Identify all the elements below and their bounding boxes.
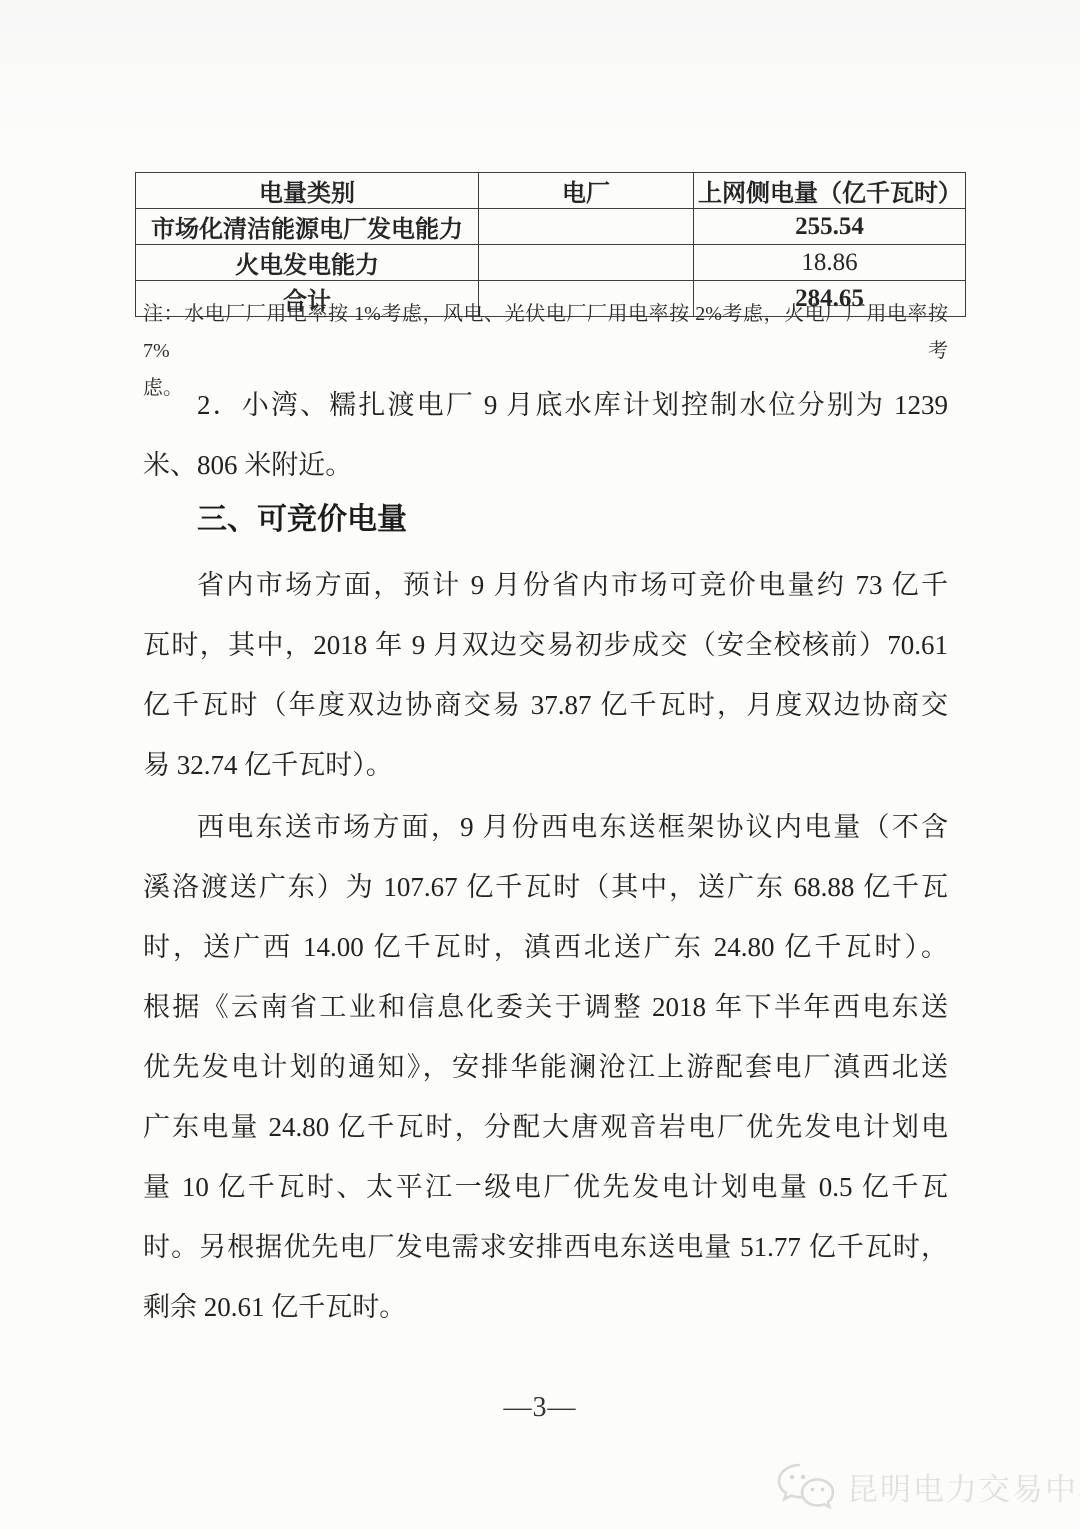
table-header-category: 电量类别 <box>136 173 479 209</box>
text-line: 省内市场方面，预计 9 月份省内市场可竞价电量约 73 亿千 <box>143 555 948 615</box>
text-line: 时，送广西 14.00 亿千瓦时，滇西北送广东 24.80 亿千瓦时）。 <box>143 917 948 977</box>
table-row-clean-energy: 市场化清洁能源电厂发电能力 255.54 <box>136 209 966 245</box>
table-header-plant: 电厂 <box>479 173 694 209</box>
paragraph-water-level: 2．小湾、糯扎渡电厂 9 月底水库计划控制水位分别为 1239 米、806 米附… <box>143 375 948 495</box>
table-header-grid-energy: 上网侧电量（亿千瓦时） <box>694 173 966 209</box>
scan-noise <box>0 0 1080 160</box>
text-line: 优先发电计划的通知》，安排华能澜沧江上游配套电厂滇西北送 <box>143 1037 948 1097</box>
text-line: 溪洛渡送广东）为 107.67 亿千瓦时（其中，送广东 68.88 亿千瓦 <box>143 857 948 917</box>
text-line: 量 10 亿千瓦时、太平江一级电厂优先发电计划电量 0.5 亿千瓦 <box>143 1157 948 1217</box>
cell-category: 市场化清洁能源电厂发电能力 <box>136 209 479 245</box>
text-line: 时。另根据优先电厂发电需求安排西电东送电量 51.77 亿千瓦时， <box>143 1217 948 1277</box>
cell-plant <box>479 209 694 245</box>
wechat-icon <box>775 1462 837 1510</box>
text-line: 2．小湾、糯扎渡电厂 9 月底水库计划控制水位分别为 1239 <box>143 375 948 435</box>
paragraph-west-east-transmission: 西电东送市场方面，9 月份西电东送框架协议内电量（不含 溪洛渡送广东）为 107… <box>143 797 948 1337</box>
text-line: 米、806 米附近。 <box>143 435 948 495</box>
cell-value: 255.54 <box>694 209 966 245</box>
text-line: 亿千瓦时（年度双边协商交易 37.87 亿千瓦时，月度双边协商交 <box>143 675 948 735</box>
paragraph-province-market: 省内市场方面，预计 9 月份省内市场可竞价电量约 73 亿千 瓦时，其中，201… <box>143 555 948 795</box>
footnote-line: 注：水电厂厂用电率按 1%考虑，风电、光伏电厂厂用电率按 2%考虑，火电厂厂用电… <box>143 296 948 370</box>
text-line: 瓦时，其中，2018 年 9 月双边交易初步成交（安全校核前）70.61 <box>143 615 948 675</box>
text-line: 根据《云南省工业和信息化委关于调整 2018 年下半年西电东送 <box>143 977 948 1037</box>
table-row-thermal: 火电发电能力 18.86 <box>136 245 966 281</box>
text-line: 西电东送市场方面，9 月份西电东送框架协议内电量（不含 <box>143 797 948 857</box>
cell-category: 火电发电能力 <box>136 245 479 281</box>
page-number: —3— <box>0 1392 1080 1424</box>
text-line: 剩余 20.61 亿千瓦时。 <box>143 1277 948 1337</box>
section-heading-biddable-energy: 三、可竞价电量 <box>197 497 407 543</box>
watermark-kunming-power-exchange: 昆明电力交易中心 <box>775 1462 1080 1510</box>
watermark-text: 昆明电力交易中心 <box>847 1464 1080 1509</box>
text-line: 广东电量 24.80 亿千瓦时，分配大唐观音岩电厂优先发电计划电 <box>143 1097 948 1157</box>
cell-plant <box>479 245 694 281</box>
table-header-row: 电量类别 电厂 上网侧电量（亿千瓦时） <box>136 173 966 209</box>
cell-value: 18.86 <box>694 245 966 281</box>
text-line: 易 32.74 亿千瓦时）。 <box>143 735 948 795</box>
document-page: 电量类别 电厂 上网侧电量（亿千瓦时） 市场化清洁能源电厂发电能力 255.54… <box>0 0 1080 1529</box>
